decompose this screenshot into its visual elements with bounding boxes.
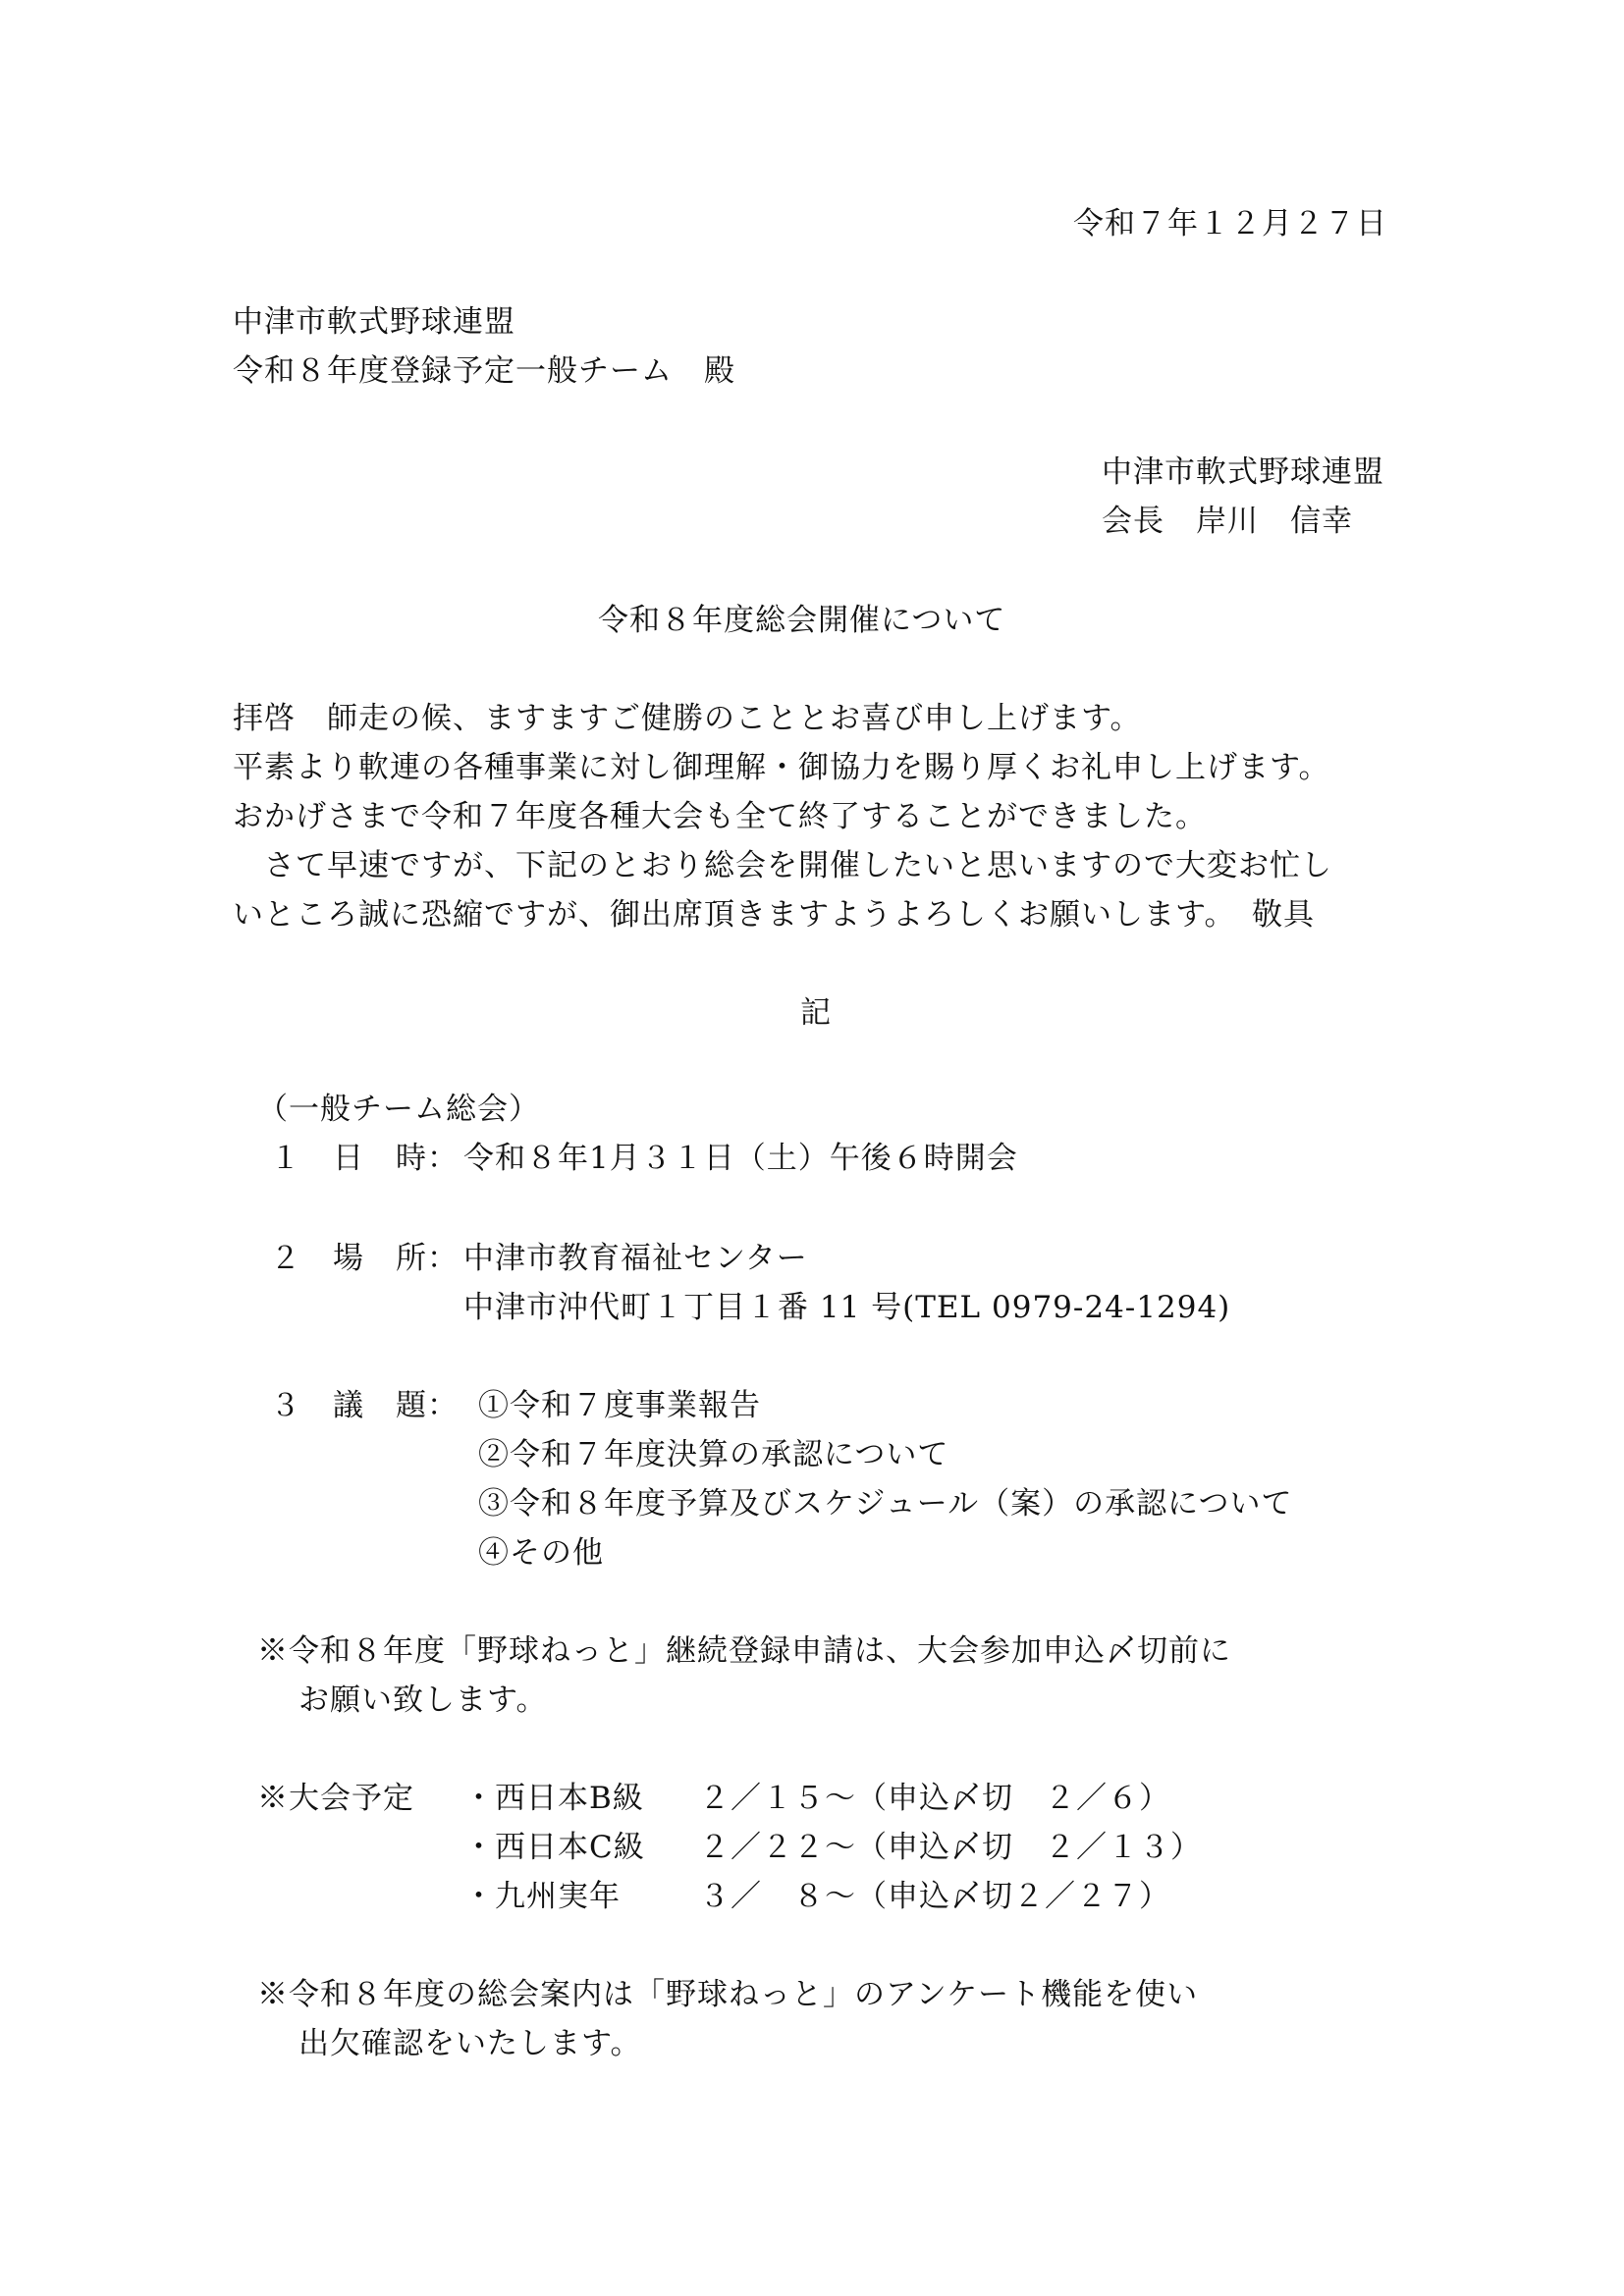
- note2-line-2: 出欠確認をいたします。: [298, 2024, 642, 2063]
- section-heading: （一般チーム総会）: [257, 1090, 540, 1129]
- tournament-name-2: ・西日本C級: [463, 1828, 645, 1867]
- sender-name: 会長 岸川 信幸: [1102, 502, 1353, 541]
- datetime-label: １ 日 時：: [270, 1139, 459, 1178]
- note2-line-1: ※令和８年度の総会案内は「野球ねっと」のアンケート機能を使い: [257, 1975, 1198, 2014]
- body-line-5: いところ誠に恐縮ですが、御出席頂きますようよろしくお願いします。 敬具: [233, 895, 1315, 934]
- tournaments-label: ※大会予定: [257, 1779, 414, 1818]
- sender-org: 中津市軟式野球連盟: [1102, 453, 1384, 492]
- agenda-item-2: ②令和７年度決算の承認について: [478, 1435, 948, 1474]
- tournament-date-1: ２／１５～（申込〆切 ２／６）: [699, 1779, 1170, 1818]
- agenda-label: ３ 議 題：: [270, 1386, 459, 1425]
- tournament-name-1: ・西日本B級: [463, 1779, 644, 1818]
- tournament-name-3: ・九州実年: [463, 1877, 621, 1916]
- tournament-date-3: ３／ ８～（申込〆切２／２７）: [699, 1877, 1170, 1916]
- datetime-value: 令和８年1月３１日（土）午後６時開会: [463, 1139, 1018, 1178]
- recipient-teams: 令和８年度登録予定一般チーム 殿: [233, 351, 735, 391]
- document-date: 令和７年１２月２７日: [1073, 204, 1387, 243]
- body-line-3: おかげさまで令和７年度各種大会も全て終了することができました。: [233, 797, 1207, 836]
- agenda-item-3: ③令和８年度予算及びスケジュール（案）の承認について: [478, 1484, 1293, 1523]
- place-value: 中津市教育福祉センター: [463, 1239, 808, 1278]
- tournament-date-2: ２／２２～（申込〆切 ２／１３）: [699, 1828, 1202, 1867]
- note1-line-1: ※令和８年度「野球ねっと」継続登録申請は、大会参加申込〆切前に: [257, 1631, 1231, 1671]
- body-line-4: さて早速ですが、下記のとおり総会を開催したいと思いますので大変お忙し: [233, 846, 1332, 885]
- document-title: 令和８年度総会開催について: [598, 601, 1005, 640]
- place-address: 中津市沖代町１丁目１番 11 号(TEL 0979-24-1294): [463, 1288, 1230, 1327]
- body-line-1: 拝啓 師走の候、ますますご健勝のこととお喜び申し上げます。: [233, 699, 1142, 738]
- agenda-item-1: ①令和７度事業報告: [478, 1386, 761, 1425]
- note1-line-2: お願い致します。: [298, 1681, 548, 1720]
- ki-heading: 記: [800, 993, 832, 1033]
- body-line-2: 平素より軟連の各種事業に対し御理解・御協力を賜り厚くお礼申し上げます。: [233, 748, 1330, 787]
- place-label: ２ 場 所：: [270, 1239, 459, 1278]
- recipient-org: 中津市軟式野球連盟: [233, 302, 515, 342]
- agenda-item-4: ④その他: [478, 1533, 604, 1573]
